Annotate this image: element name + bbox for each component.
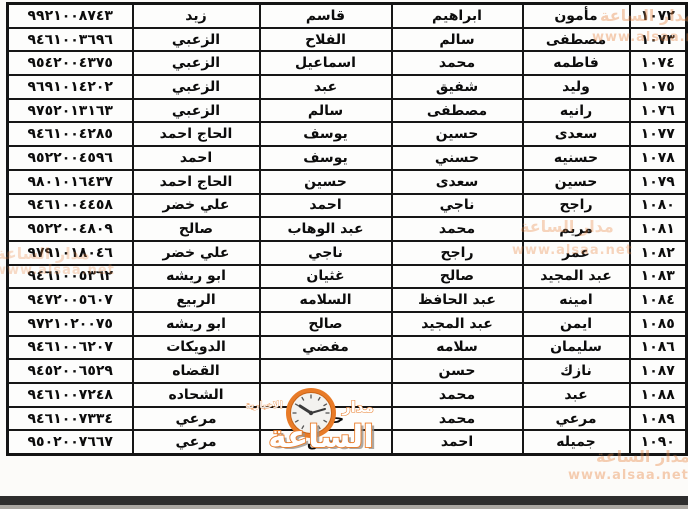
cell-grandfather: سالم (260, 99, 392, 123)
cell-first: راجح (523, 194, 630, 218)
cell-id: ٩٨٠١٠١٦٤٣٧ (8, 170, 133, 194)
cell-father: شفيق (392, 75, 523, 99)
cell-id: ٩٥٢٢٠٠٤٨٠٩ (8, 217, 133, 241)
cell-family: مرعي (133, 430, 260, 454)
cell-father: محمد (392, 51, 523, 75)
cell-family: مرعي (133, 407, 260, 431)
cell-serial: ١٠٧٣ (630, 28, 687, 52)
cell-serial: ١٠٨٨ (630, 383, 687, 407)
table-row: ٩٥٠٢٠٠٧٦٦٧مرعيحسناحمدجميله١٠٩٠ (8, 430, 687, 454)
cell-serial: ١٠٨٧ (630, 359, 687, 383)
table-row: ٩٤٦١٠٠٤٤٥٨علي خضراحمدناجيراجح١٠٨٠ (8, 194, 687, 218)
cell-first: جميله (523, 430, 630, 454)
scan-bottom-edge (0, 505, 688, 509)
cell-serial: ١٠٨٢ (630, 241, 687, 265)
table-row: ٩٤٦١٠٠٦٢٠٧الدويكاتمفضيسلامهسليمان١٠٨٦ (8, 336, 687, 360)
cell-first: امينه (523, 288, 630, 312)
cell-serial: ١٠٧٢ (630, 4, 687, 28)
cell-family: احمد (133, 146, 260, 170)
table-row: ٩٦٩١٠١٤٢٠٢الزعبيعبدشفيقوليد١٠٧٥ (8, 75, 687, 99)
scan-bottom-bar (0, 496, 688, 505)
cell-first: مأمون (523, 4, 630, 28)
table-row: ٩٩٢١٠٠٨٧٤٣زيدقاسمابراهيممأمون١٠٧٢ (8, 4, 687, 28)
cell-first: سليمان (523, 336, 630, 360)
cell-grandfather: غثيان (260, 265, 392, 289)
cell-grandfather: اسماعيل (260, 51, 392, 75)
cell-serial: ١٠٧٧ (630, 122, 687, 146)
table-row: ٩٤٦١٠٠٣٦٩٦الزعبيالفلاحسالممصطفى١٠٧٣ (8, 28, 687, 52)
cell-father: ناجي (392, 194, 523, 218)
cell-family: علي خضر (133, 241, 260, 265)
cell-father: محمد (392, 407, 523, 431)
cell-father: احمد (392, 430, 523, 454)
cell-serial: ١٠٨٥ (630, 312, 687, 336)
records-tbody: ٩٩٢١٠٠٨٧٤٣زيدقاسمابراهيممأمون١٠٧٢٩٤٦١٠٠٣… (8, 4, 687, 455)
cell-family: الحاج احمد (133, 122, 260, 146)
cell-grandfather: السلامه (260, 288, 392, 312)
cell-serial: ١٠٧٤ (630, 51, 687, 75)
cell-first: وليد (523, 75, 630, 99)
cell-serial: ١٠٧٨ (630, 146, 687, 170)
cell-first: مريم (523, 217, 630, 241)
cell-family: الزعبي (133, 28, 260, 52)
cell-grandfather (260, 359, 392, 383)
table-row: ٩٤٥٢٠٠٦٥٢٩القضاهحسننازك١٠٨٧ (8, 359, 687, 383)
cell-first: عمر (523, 241, 630, 265)
cell-first: عبد المجيد (523, 265, 630, 289)
cell-id: ٩٤٦١٠٠٤٢٨٥ (8, 122, 133, 146)
table-row: ٩٤٦١٠٠٧٢٤٨الشحادهمحمدعبد١٠٨٨ (8, 383, 687, 407)
cell-father: راجح (392, 241, 523, 265)
cell-grandfather: يوسف (260, 122, 392, 146)
cell-id: ٩٥٢٢٠٠٤٥٩٦ (8, 146, 133, 170)
cell-id: ٩٤٦١٠٠٥٣٦٢ (8, 265, 133, 289)
cell-father: عبد الحافظ (392, 288, 523, 312)
cell-id: ٩٦٩١٠١٤٢٠٢ (8, 75, 133, 99)
cell-serial: ١٠٨١ (630, 217, 687, 241)
cell-id: ٩٤٧٢٠٠٥٦٠٧ (8, 288, 133, 312)
cell-serial: ١٠٧٩ (630, 170, 687, 194)
cell-id: ٩٤٦١٠٠٧٢٤٨ (8, 383, 133, 407)
cell-grandfather (260, 383, 392, 407)
cell-serial: ١٠٧٦ (630, 99, 687, 123)
table-row: ٩٧٢١٠٢٠٠٧٥ابو ريشهصالحعبد المجيدايمن١٠٨٥ (8, 312, 687, 336)
cell-grandfather: صالح (260, 312, 392, 336)
cell-id: ٩٧٥٢٠١٣١٦٣ (8, 99, 133, 123)
cell-father: مصطفى (392, 99, 523, 123)
cell-family: الزعبي (133, 99, 260, 123)
cell-id: ٩٤٦١٠٠٣٦٩٦ (8, 28, 133, 52)
cell-grandfather: عبد الوهاب (260, 217, 392, 241)
cell-father: حسني (392, 146, 523, 170)
cell-serial: ١٠٨٩ (630, 407, 687, 431)
cell-first: ايمن (523, 312, 630, 336)
table-row: ٩٨٠١٠١٦٤٣٧الحاج احمدحسينسعدىحسين١٠٧٩ (8, 170, 687, 194)
cell-id: ٩٧٩١٠١٨٠٤٦ (8, 241, 133, 265)
cell-grandfather: احمد (260, 194, 392, 218)
cell-father: محمد (392, 383, 523, 407)
table-row: ٩٧٥٢٠١٣١٦٣الزعبيسالممصطفىرانيه١٠٧٦ (8, 99, 687, 123)
cell-family: الدويكات (133, 336, 260, 360)
cell-first: مرعي (523, 407, 630, 431)
cell-father: سالم (392, 28, 523, 52)
table-row: ٩٤٧٢٠٠٥٦٠٧الربيعالسلامهعبد الحافظامينه١٠… (8, 288, 687, 312)
cell-grandfather: حسن (260, 407, 392, 431)
cell-serial: ١٠٩٠ (630, 430, 687, 454)
cell-id: ٩٧٢١٠٢٠٠٧٥ (8, 312, 133, 336)
cell-family: زيد (133, 4, 260, 28)
cell-grandfather: ناجي (260, 241, 392, 265)
cell-family: القضاه (133, 359, 260, 383)
table-row: ٩٥٢٢٠٠٤٨٠٩صالحعبد الوهابمحمدمريم١٠٨١ (8, 217, 687, 241)
table-row: ٩٤٦١٠٠٥٣٦٢ابو ريشهغثيانصالحعبد المجيد١٠٨… (8, 265, 687, 289)
table-row: ٩٤٦١٠٠٤٢٨٥الحاج احمديوسفحسينسعدى١٠٧٧ (8, 122, 687, 146)
cell-grandfather: يوسف (260, 146, 392, 170)
cell-father: حسين (392, 122, 523, 146)
cell-father: حسن (392, 359, 523, 383)
cell-grandfather: عبد (260, 75, 392, 99)
cell-grandfather: حسين (260, 170, 392, 194)
cell-first: رانيه (523, 99, 630, 123)
cell-father: ابراهيم (392, 4, 523, 28)
cell-first: عبد (523, 383, 630, 407)
cell-father: صالح (392, 265, 523, 289)
cell-father: محمد (392, 217, 523, 241)
cell-first: نازك (523, 359, 630, 383)
cell-id: ٩٤٦١٠٠٧٣٣٤ (8, 407, 133, 431)
cell-serial: ١٠٧٥ (630, 75, 687, 99)
cell-id: ٩٥٠٢٠٠٧٦٦٧ (8, 430, 133, 454)
records-table: ٩٩٢١٠٠٨٧٤٣زيدقاسمابراهيممأمون١٠٧٢٩٤٦١٠٠٣… (6, 2, 688, 456)
cell-father: عبد المجيد (392, 312, 523, 336)
cell-family: الشحاده (133, 383, 260, 407)
cell-father: سلامه (392, 336, 523, 360)
cell-first: حسنيه (523, 146, 630, 170)
cell-id: ٩٥٤٢٠٠٤٣٧٥ (8, 51, 133, 75)
cell-family: الزعبي (133, 75, 260, 99)
watermark-site-text: www.alsaa.net (568, 468, 688, 483)
cell-father: سعدى (392, 170, 523, 194)
cell-family: علي خضر (133, 194, 260, 218)
cell-serial: ١٠٨٠ (630, 194, 687, 218)
cell-serial: ١٠٨٦ (630, 336, 687, 360)
cell-family: الزعبي (133, 51, 260, 75)
cell-first: مصطفى (523, 28, 630, 52)
cell-first: حسين (523, 170, 630, 194)
cell-id: ٩٤٥٢٠٠٦٥٢٩ (8, 359, 133, 383)
cell-serial: ١٠٨٤ (630, 288, 687, 312)
cell-family: ابو ريشه (133, 312, 260, 336)
cell-first: فاطمه (523, 51, 630, 75)
cell-family: ابو ريشه (133, 265, 260, 289)
cell-grandfather: مفضي (260, 336, 392, 360)
cell-id: ٩٤٦١٠٠٤٤٥٨ (8, 194, 133, 218)
cell-family: صالح (133, 217, 260, 241)
cell-grandfather: حسن (260, 430, 392, 454)
cell-family: الحاج احمد (133, 170, 260, 194)
cell-grandfather: الفلاح (260, 28, 392, 52)
table-row: ٩٤٦١٠٠٧٣٣٤مرعيحسنمحمدمرعي١٠٨٩ (8, 407, 687, 431)
cell-id: ٩٩٢١٠٠٨٧٤٣ (8, 4, 133, 28)
cell-family: الربيع (133, 288, 260, 312)
cell-grandfather: قاسم (260, 4, 392, 28)
scanned-list-page: ٩٩٢١٠٠٨٧٤٣زيدقاسمابراهيممأمون١٠٧٢٩٤٦١٠٠٣… (0, 0, 688, 509)
table-row: ٩٥٢٢٠٠٤٥٩٦احمديوسفحسنيحسنيه١٠٧٨ (8, 146, 687, 170)
cell-id: ٩٤٦١٠٠٦٢٠٧ (8, 336, 133, 360)
table-row: ٩٥٤٢٠٠٤٣٧٥الزعبياسماعيلمحمدفاطمه١٠٧٤ (8, 51, 687, 75)
table-row: ٩٧٩١٠١٨٠٤٦علي خضرناجيراجحعمر١٠٨٢ (8, 241, 687, 265)
cell-first: سعدى (523, 122, 630, 146)
cell-serial: ١٠٨٣ (630, 265, 687, 289)
